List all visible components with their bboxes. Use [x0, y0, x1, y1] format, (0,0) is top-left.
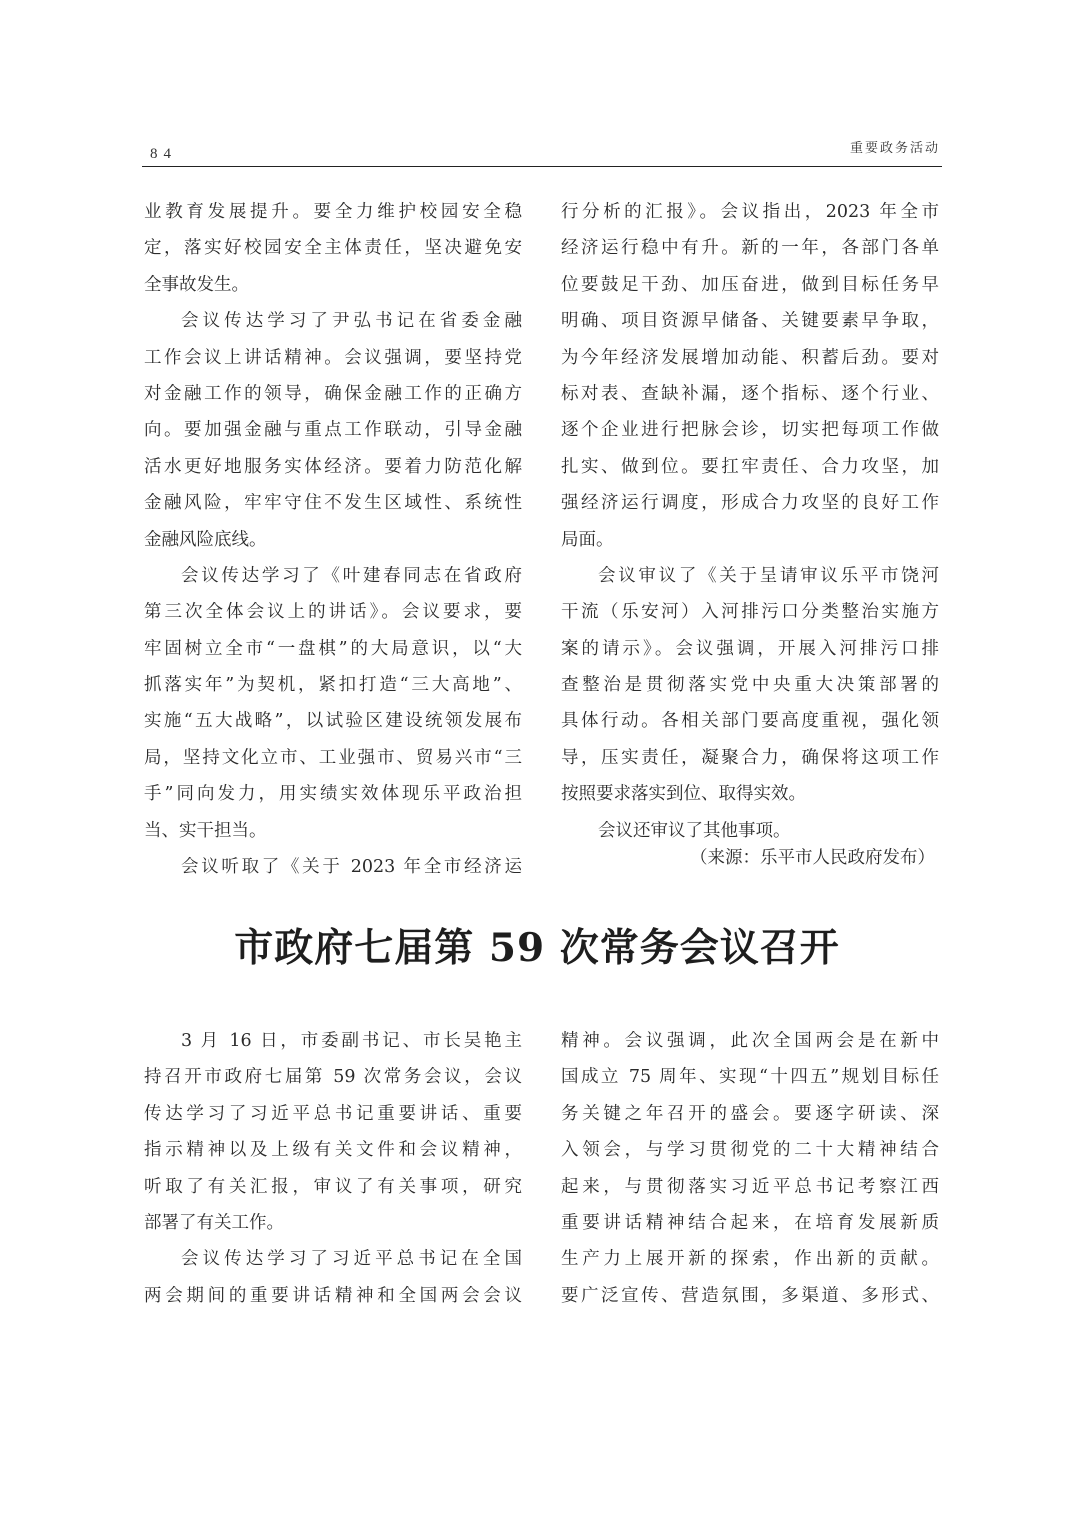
text-line: 按照要求落实到位、取得实效。 — [561, 776, 939, 812]
text-line: 局面。 — [561, 522, 939, 558]
text-line: 工作会议上讲话精神。会议强调，要坚持党 — [144, 340, 522, 376]
text-line: 指示精神以及上级有关文件和会议精神， — [144, 1132, 522, 1168]
text-line: 干流（乐安河）入河排污口分类整治实施方 — [561, 594, 939, 630]
text-line: 牢固树立全市“一盘棋”的大局意识，以“大 — [144, 631, 522, 667]
text-line: 行分析的汇报》。会议指出，2023 年全市 — [561, 194, 939, 230]
text-line: 金融风险，牢牢守住不发生区域性、系统性 — [144, 485, 522, 521]
text-line: 会议传达学习了尹弘书记在省委金融 — [144, 303, 522, 339]
text-line: 持召开市政府七届第 59 次常务会议，会议 — [144, 1059, 522, 1095]
article1-right-column: 行分析的汇报》。会议指出，2023 年全市经济运行稳中有升。新的一年，各部门各单… — [561, 194, 939, 849]
article-title: 市政府七届第 59 次常务会议召开 — [0, 917, 1074, 973]
section-name: 重要政务活动 — [850, 137, 940, 156]
text-line: 向。要加强金融与重点工作联动，引导金融 — [144, 412, 522, 448]
text-line: 经济运行稳中有升。新的一年，各部门各单 — [561, 230, 939, 266]
text-line: 手”同向发力，用实绩实效体现乐平政治担 — [144, 776, 522, 812]
text-line: 要广泛宣传、营造氛围，多渠道、多形式、 — [561, 1278, 939, 1314]
text-line: 务关键之年召开的盛会。要逐字研读、深 — [561, 1096, 939, 1132]
text-line: 传达学习了习近平总书记重要讲话、重要 — [144, 1096, 522, 1132]
text-line: 入领会，与学习贯彻党的二十大精神结合 — [561, 1132, 939, 1168]
source-attribution: （来源：乐平市人民政府发布） — [561, 840, 939, 876]
article2-left-column: 3 月 16 日，市委副书记、市长吴艳主持召开市政府七届第 59 次常务会议，会… — [144, 1023, 522, 1314]
text-line: 第三次全体会议上的讲话》。会议要求，要 — [144, 594, 522, 630]
text-line: 为今年经济发展增加动能、积蓄后劲。要对 — [561, 340, 939, 376]
text-line: 全事故发生。 — [144, 267, 522, 303]
text-line: 国成立 75 周年、实现“十四五”规划目标任 — [561, 1059, 939, 1095]
text-line: 听取了有关汇报，审议了有关事项，研究 — [144, 1169, 522, 1205]
text-line: 会议传达学习了《叶建春同志在省政府 — [144, 558, 522, 594]
text-line: 3 月 16 日，市委副书记、市长吴艳主 — [144, 1023, 522, 1059]
text-line: 会议审议了《关于呈请审议乐平市饶河 — [561, 558, 939, 594]
text-line: 逐个企业进行把脉会诊，切实把每项工作做 — [561, 412, 939, 448]
text-line: 活水更好地服务实体经济。要着力防范化解 — [144, 449, 522, 485]
running-header: 84 重要政务活动 — [142, 134, 942, 167]
text-line: 案的请示》。会议强调，开展入河排污口排 — [561, 631, 939, 667]
text-line: 两会期间的重要讲话精神和全国两会会议 — [144, 1278, 522, 1314]
text-line: 扎实、做到位。要扛牢责任、合力攻坚，加 — [561, 449, 939, 485]
text-line: 部署了有关工作。 — [144, 1205, 522, 1241]
text-line: 定，落实好校园安全主体责任，坚决避免安 — [144, 230, 522, 266]
text-line: 明确、项目资源早储备、关键要素早争取， — [561, 303, 939, 339]
article1-left-column: 业教育发展提升。要全力维护校园安全稳定，落实好校园安全主体责任，坚决避免安全事故… — [144, 194, 522, 885]
text-line: 抓落实年”为契机，紧扣打造“三大高地”、 — [144, 667, 522, 703]
text-line: 生产力上展开新的探索，作出新的贡献。 — [561, 1241, 939, 1277]
text-line: 起来，与贯彻落实习近平总书记考察江西 — [561, 1169, 939, 1205]
text-line: 会议传达学习了习近平总书记在全国 — [144, 1241, 522, 1277]
text-line: 会议听取了《关于 2023 年全市经济运 — [144, 849, 522, 885]
text-line: 导，压实责任，凝聚合力，确保将这项工作 — [561, 740, 939, 776]
text-line: 精神。会议强调，此次全国两会是在新中 — [561, 1023, 939, 1059]
article1-source-wrap: （来源：乐平市人民政府发布） — [561, 840, 939, 876]
page-number: 84 — [150, 146, 177, 163]
text-line: 对金融工作的领导，确保金融工作的正确方 — [144, 376, 522, 412]
text-line: 业教育发展提升。要全力维护校园安全稳 — [144, 194, 522, 230]
text-line: 实施“五大战略”，以试验区建设统领发展布 — [144, 703, 522, 739]
text-line: 金融风险底线。 — [144, 522, 522, 558]
text-line: 查整治是贯彻落实党中央重大决策部署的 — [561, 667, 939, 703]
text-line: 当、实干担当。 — [144, 813, 522, 849]
text-line: 局，坚持文化立市、工业强市、贸易兴市“三 — [144, 740, 522, 776]
text-line: 强经济运行调度，形成合力攻坚的良好工作 — [561, 485, 939, 521]
text-line: 位要鼓足干劲、加压奋进，做到目标任务早 — [561, 267, 939, 303]
text-line: 具体行动。各相关部门要高度重视，强化领 — [561, 703, 939, 739]
text-line: 标对表、查缺补漏，逐个指标、逐个行业、 — [561, 376, 939, 412]
text-line: 重要讲话精神结合起来，在培育发展新质 — [561, 1205, 939, 1241]
article2-right-column: 精神。会议强调，此次全国两会是在新中国成立 75 周年、实现“十四五”规划目标任… — [561, 1023, 939, 1314]
